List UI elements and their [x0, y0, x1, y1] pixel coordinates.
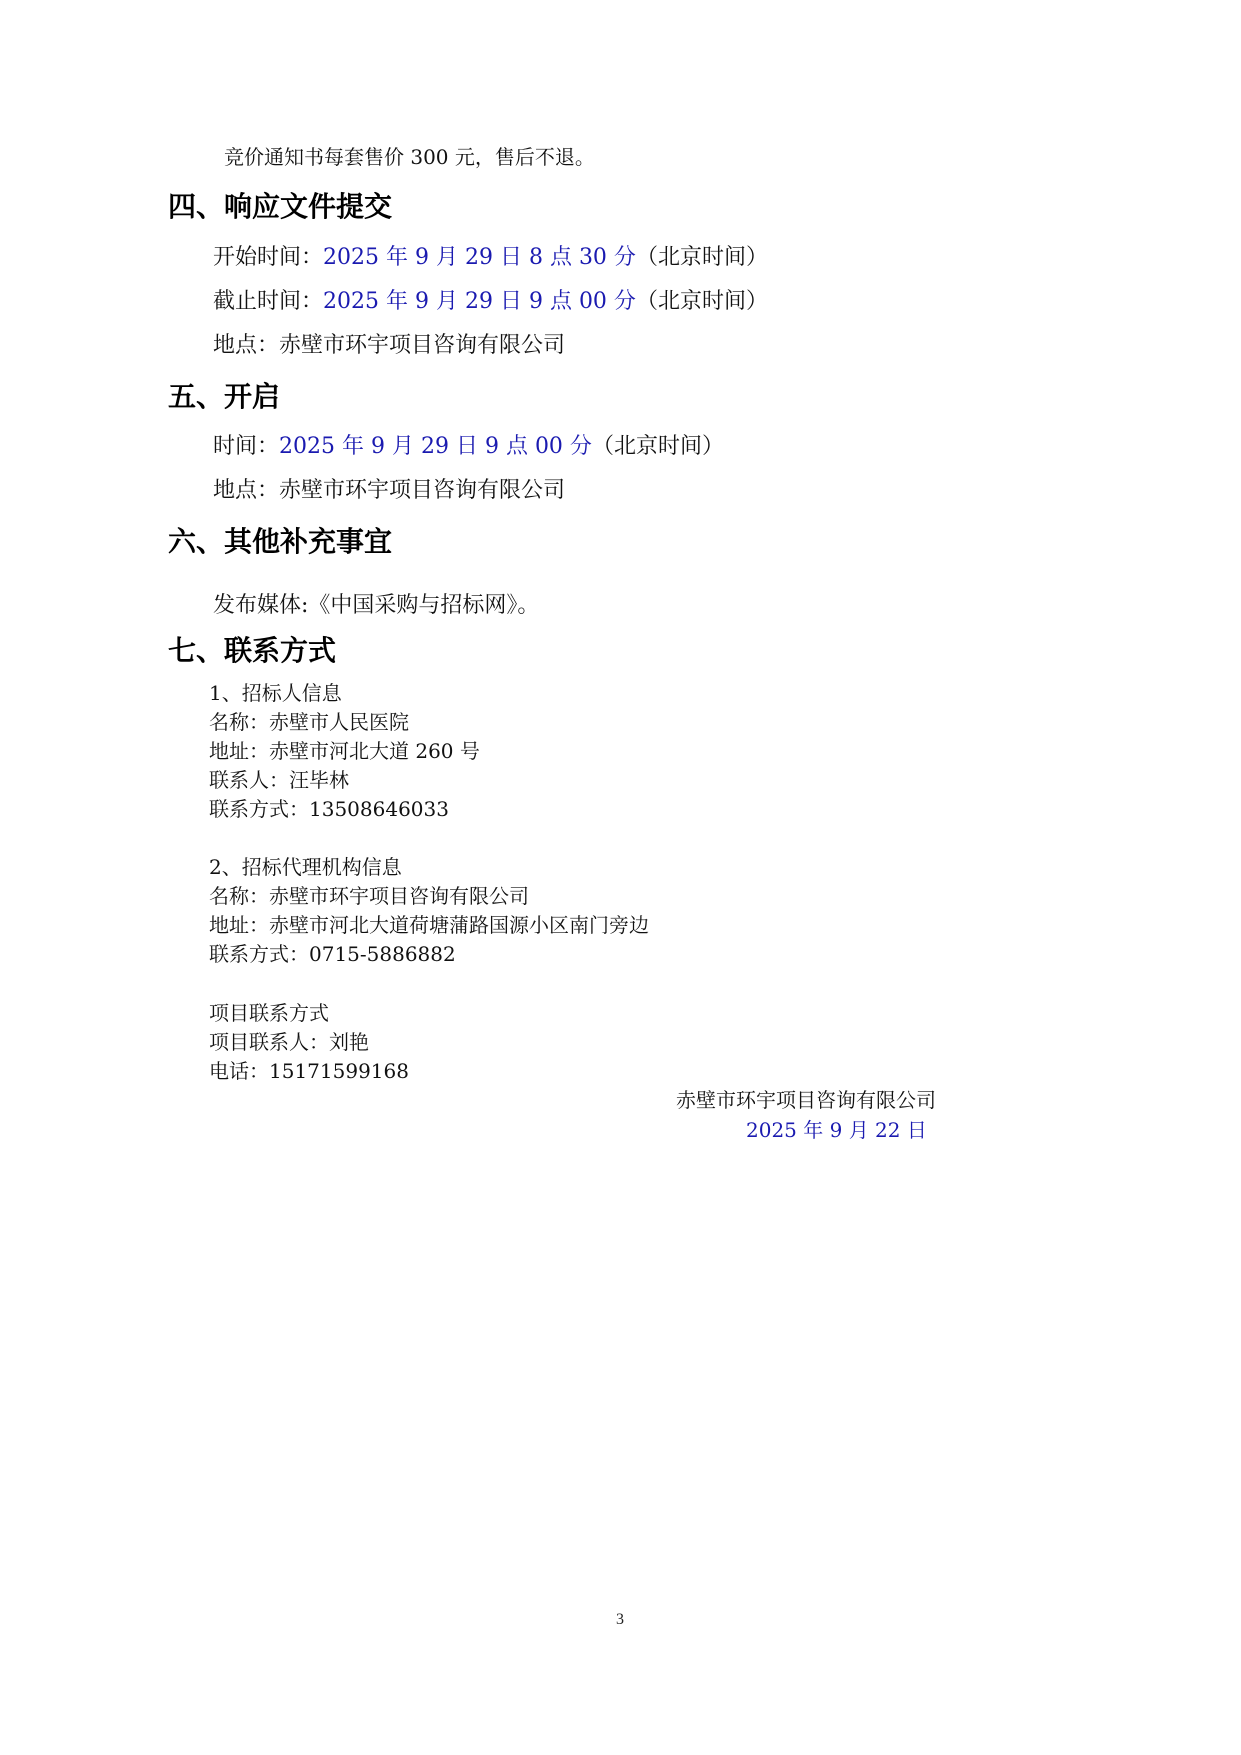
- section-heading-submission: 四、响应文件提交: [168, 190, 392, 224]
- signature-company: 赤壁市环宇项目咨询有限公司: [676, 1087, 936, 1113]
- start-time-suffix: （北京时间）: [636, 245, 768, 270]
- project-contact-person: 项目联系人：刘艳: [209, 1029, 369, 1055]
- section-heading-supplementary: 六、其他补充事宜: [168, 525, 392, 559]
- document-page: 竞价通知书每套售价 300 元，售后不退。 四、响应文件提交 开始时间：2025…: [0, 0, 1241, 1755]
- project-contact-title: 项目联系方式: [209, 1000, 329, 1026]
- opening-time-value: 2025 年 9 月 29 日 9 点 00 分: [279, 434, 592, 459]
- end-time-value: 2025 年 9 月 29 日 9 点 00 分: [323, 289, 636, 314]
- signature-date: 2025 年 9 月 22 日: [746, 1117, 927, 1143]
- opening-location-line: 地点：赤壁市环宇项目咨询有限公司: [213, 477, 565, 505]
- agency-phone: 联系方式：0715-5886882: [209, 941, 456, 967]
- tenderer-contact-person: 联系人：汪毕林: [209, 767, 349, 793]
- start-time-value: 2025 年 9 月 29 日 8 点 30 分: [323, 245, 636, 270]
- end-time-label: 截止时间：: [213, 289, 323, 314]
- agency-info-title: 2、招标代理机构信息: [209, 854, 402, 880]
- opening-time-line: 时间：2025 年 9 月 29 日 9 点 00 分（北京时间）: [213, 433, 724, 461]
- opening-location-label: 地点：: [213, 478, 279, 503]
- opening-time-label: 时间：: [213, 434, 279, 459]
- section-heading-opening: 五、开启: [168, 380, 280, 414]
- opening-time-suffix: （北京时间）: [592, 434, 724, 459]
- price-note: 竞价通知书每套售价 300 元，售后不退。: [224, 144, 595, 170]
- submission-start-line: 开始时间：2025 年 9 月 29 日 8 点 30 分（北京时间）: [213, 244, 768, 272]
- page-number: 3: [616, 1611, 624, 1629]
- tenderer-info-title: 1、招标人信息: [209, 680, 342, 706]
- tenderer-name: 名称：赤壁市人民医院: [209, 709, 409, 735]
- opening-location-value: 赤壁市环宇项目咨询有限公司: [279, 478, 565, 503]
- submission-end-line: 截止时间：2025 年 9 月 29 日 9 点 00 分（北京时间）: [213, 288, 768, 316]
- publication-media-line: 发布媒体:《中国采购与招标网》。: [213, 592, 539, 620]
- agency-address: 地址：赤壁市河北大道荷塘蒲路国源小区南门旁边: [209, 912, 649, 938]
- agency-name: 名称：赤壁市环宇项目咨询有限公司: [209, 883, 529, 909]
- project-phone: 电话：15171599168: [209, 1058, 409, 1084]
- tenderer-phone: 联系方式：13508646033: [209, 796, 449, 822]
- end-time-suffix: （北京时间）: [636, 289, 768, 314]
- tenderer-address: 地址：赤壁市河北大道 260 号: [209, 738, 480, 764]
- location-label: 地点：: [213, 333, 279, 358]
- submission-location-line: 地点：赤壁市环宇项目咨询有限公司: [213, 332, 565, 360]
- start-time-label: 开始时间：: [213, 245, 323, 270]
- section-heading-contact: 七、联系方式: [168, 634, 336, 668]
- location-value: 赤壁市环宇项目咨询有限公司: [279, 333, 565, 358]
